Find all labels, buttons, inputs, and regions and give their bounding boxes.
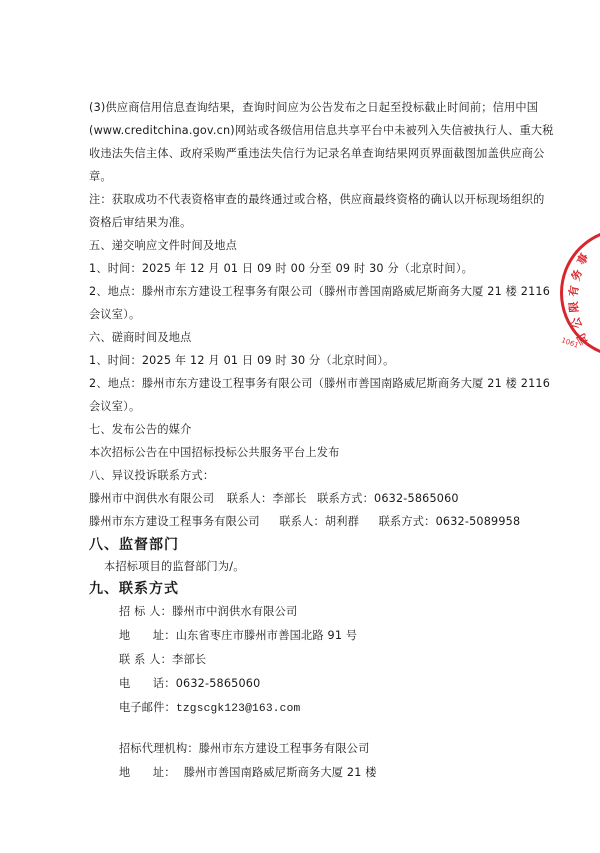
field-label: 地 址： — [119, 766, 176, 779]
note-line-1: 注：获取成功不代表资格审查的最终通过或合格，供应商最终资格的确认以开标现场组织的 — [89, 193, 545, 207]
seal-text: 事 — [573, 250, 592, 268]
credit-paragraph-line-2: (www.creditchina.gov.cn)网站或各级信用信息共享平台中未被… — [89, 124, 554, 138]
agency-row: 地 址：滕州市善国南路威尼斯商务大厦 21 楼 — [119, 766, 377, 780]
contact-org: 滕州市东方建设工程事务有限公司 — [89, 515, 260, 528]
field-value: 0632-5865060 — [176, 677, 261, 690]
seal-text: 限 — [565, 301, 582, 313]
field-label: 招标代理机构： — [119, 742, 199, 755]
section7-body: 本次招标公告在中国招标投标公共服务平台上发布 — [89, 446, 340, 460]
field-label: 电 话： — [119, 677, 176, 690]
section6-title: 六、磋商时间及地点 — [89, 331, 192, 345]
complaint-contact-row: 滕州市东方建设工程事务有限公司 联系人：胡利群 联系方式：0632-508995… — [89, 515, 520, 529]
complaint-contact-row: 滕州市中润供水有限公司 联系人：李部长 联系方式：0632-5865060 — [89, 492, 459, 506]
section8b-body: 本招标项目的监督部门为/。 — [104, 560, 245, 574]
contact-person-label: 联系人： — [279, 515, 325, 528]
tenderer-row: 电子邮件：tzgscgk123@163.com — [119, 701, 300, 716]
field-value: 山东省枣庄市滕州市善国北路 91 号 — [176, 629, 358, 642]
tenderer-row: 联 系 人：李部长 — [119, 653, 206, 667]
contact-phone: 0632-5865060 — [374, 492, 459, 505]
section6-place-line-1: 2、地点：滕州市东方建设工程事务有限公司（滕州市善国南路威尼斯商务大厦 21 楼… — [89, 377, 550, 391]
section6-time: 1、时间：2025 年 12 月 01 日 09 时 30 分（北京时间）。 — [89, 354, 395, 368]
contact-person: 李部长 — [272, 492, 306, 505]
section5-title: 五、递交响应文件时间及地点 — [89, 239, 237, 253]
section8b-heading: 八、监督部门 — [89, 536, 179, 554]
contact-person: 胡利群 — [325, 515, 359, 528]
credit-paragraph-line-1: (3)供应商信用信息查询结果，查询时间应为公告发布之日起至投标截止时间前；信用中… — [89, 101, 538, 115]
credit-paragraph-line-4: 章。 — [89, 170, 112, 184]
contact-phone-label: 联系方式： — [317, 492, 374, 505]
agency-row: 招标代理机构：滕州市东方建设工程事务有限公司 — [119, 742, 370, 756]
field-label: 联 系 人： — [119, 653, 172, 666]
email-value: tzgscgk123@163.com — [176, 703, 300, 715]
section5-place-line-2: 会议室）。 — [89, 308, 140, 322]
field-label: 招 标 人： — [119, 605, 172, 618]
contact-phone: 0632-5089958 — [436, 515, 521, 528]
field-label: 电子邮件： — [119, 701, 176, 714]
credit-paragraph-line-3: 收违法失信主体、政府采购严重违法失信行为记录名单查询结果网页界面截图加盖供应商公 — [89, 147, 545, 161]
seal-text: 务 — [567, 267, 586, 283]
section7-title: 七、发布公告的媒介 — [89, 423, 192, 437]
section5-place-line-1: 2、地点：滕州市东方建设工程事务有限公司（滕州市善国南路威尼斯商务大厦 21 楼… — [89, 285, 550, 299]
section8a-title: 八、异议投诉联系方式： — [89, 469, 214, 483]
seal-text: 有 — [565, 284, 583, 298]
contact-phone-label: 联系方式： — [379, 515, 436, 528]
field-value: 李部长 — [172, 653, 206, 666]
contact-person-label: 联系人： — [227, 492, 273, 505]
field-value: 滕州市中润供水有限公司 — [172, 605, 297, 618]
section6-place-line-2: 会议室）。 — [89, 400, 140, 414]
tenderer-row: 地 址：山东省枣庄市滕州市善国北路 91 号 — [119, 629, 357, 643]
tenderer-row: 招 标 人：滕州市中润供水有限公司 — [119, 605, 297, 619]
field-value: 滕州市善国南路威尼斯商务大厦 21 楼 — [184, 766, 377, 779]
company-seal-stamp: 事 务 有 限 公 司 1061 — [560, 228, 600, 358]
contact-org: 滕州市中润供水有限公司 — [89, 492, 214, 505]
seal-text: 公 — [567, 315, 586, 331]
field-label: 地 址： — [119, 629, 176, 642]
section9-heading: 九、联系方式 — [89, 580, 179, 598]
tenderer-row: 电 话：0632-5865060 — [119, 677, 260, 691]
field-value: 滕州市东方建设工程事务有限公司 — [199, 742, 370, 755]
note-line-2: 资格后审结果为准。 — [89, 216, 192, 230]
section5-time: 1、时间：2025 年 12 月 01 日 09 时 00 分至 09 时 30… — [89, 262, 473, 276]
